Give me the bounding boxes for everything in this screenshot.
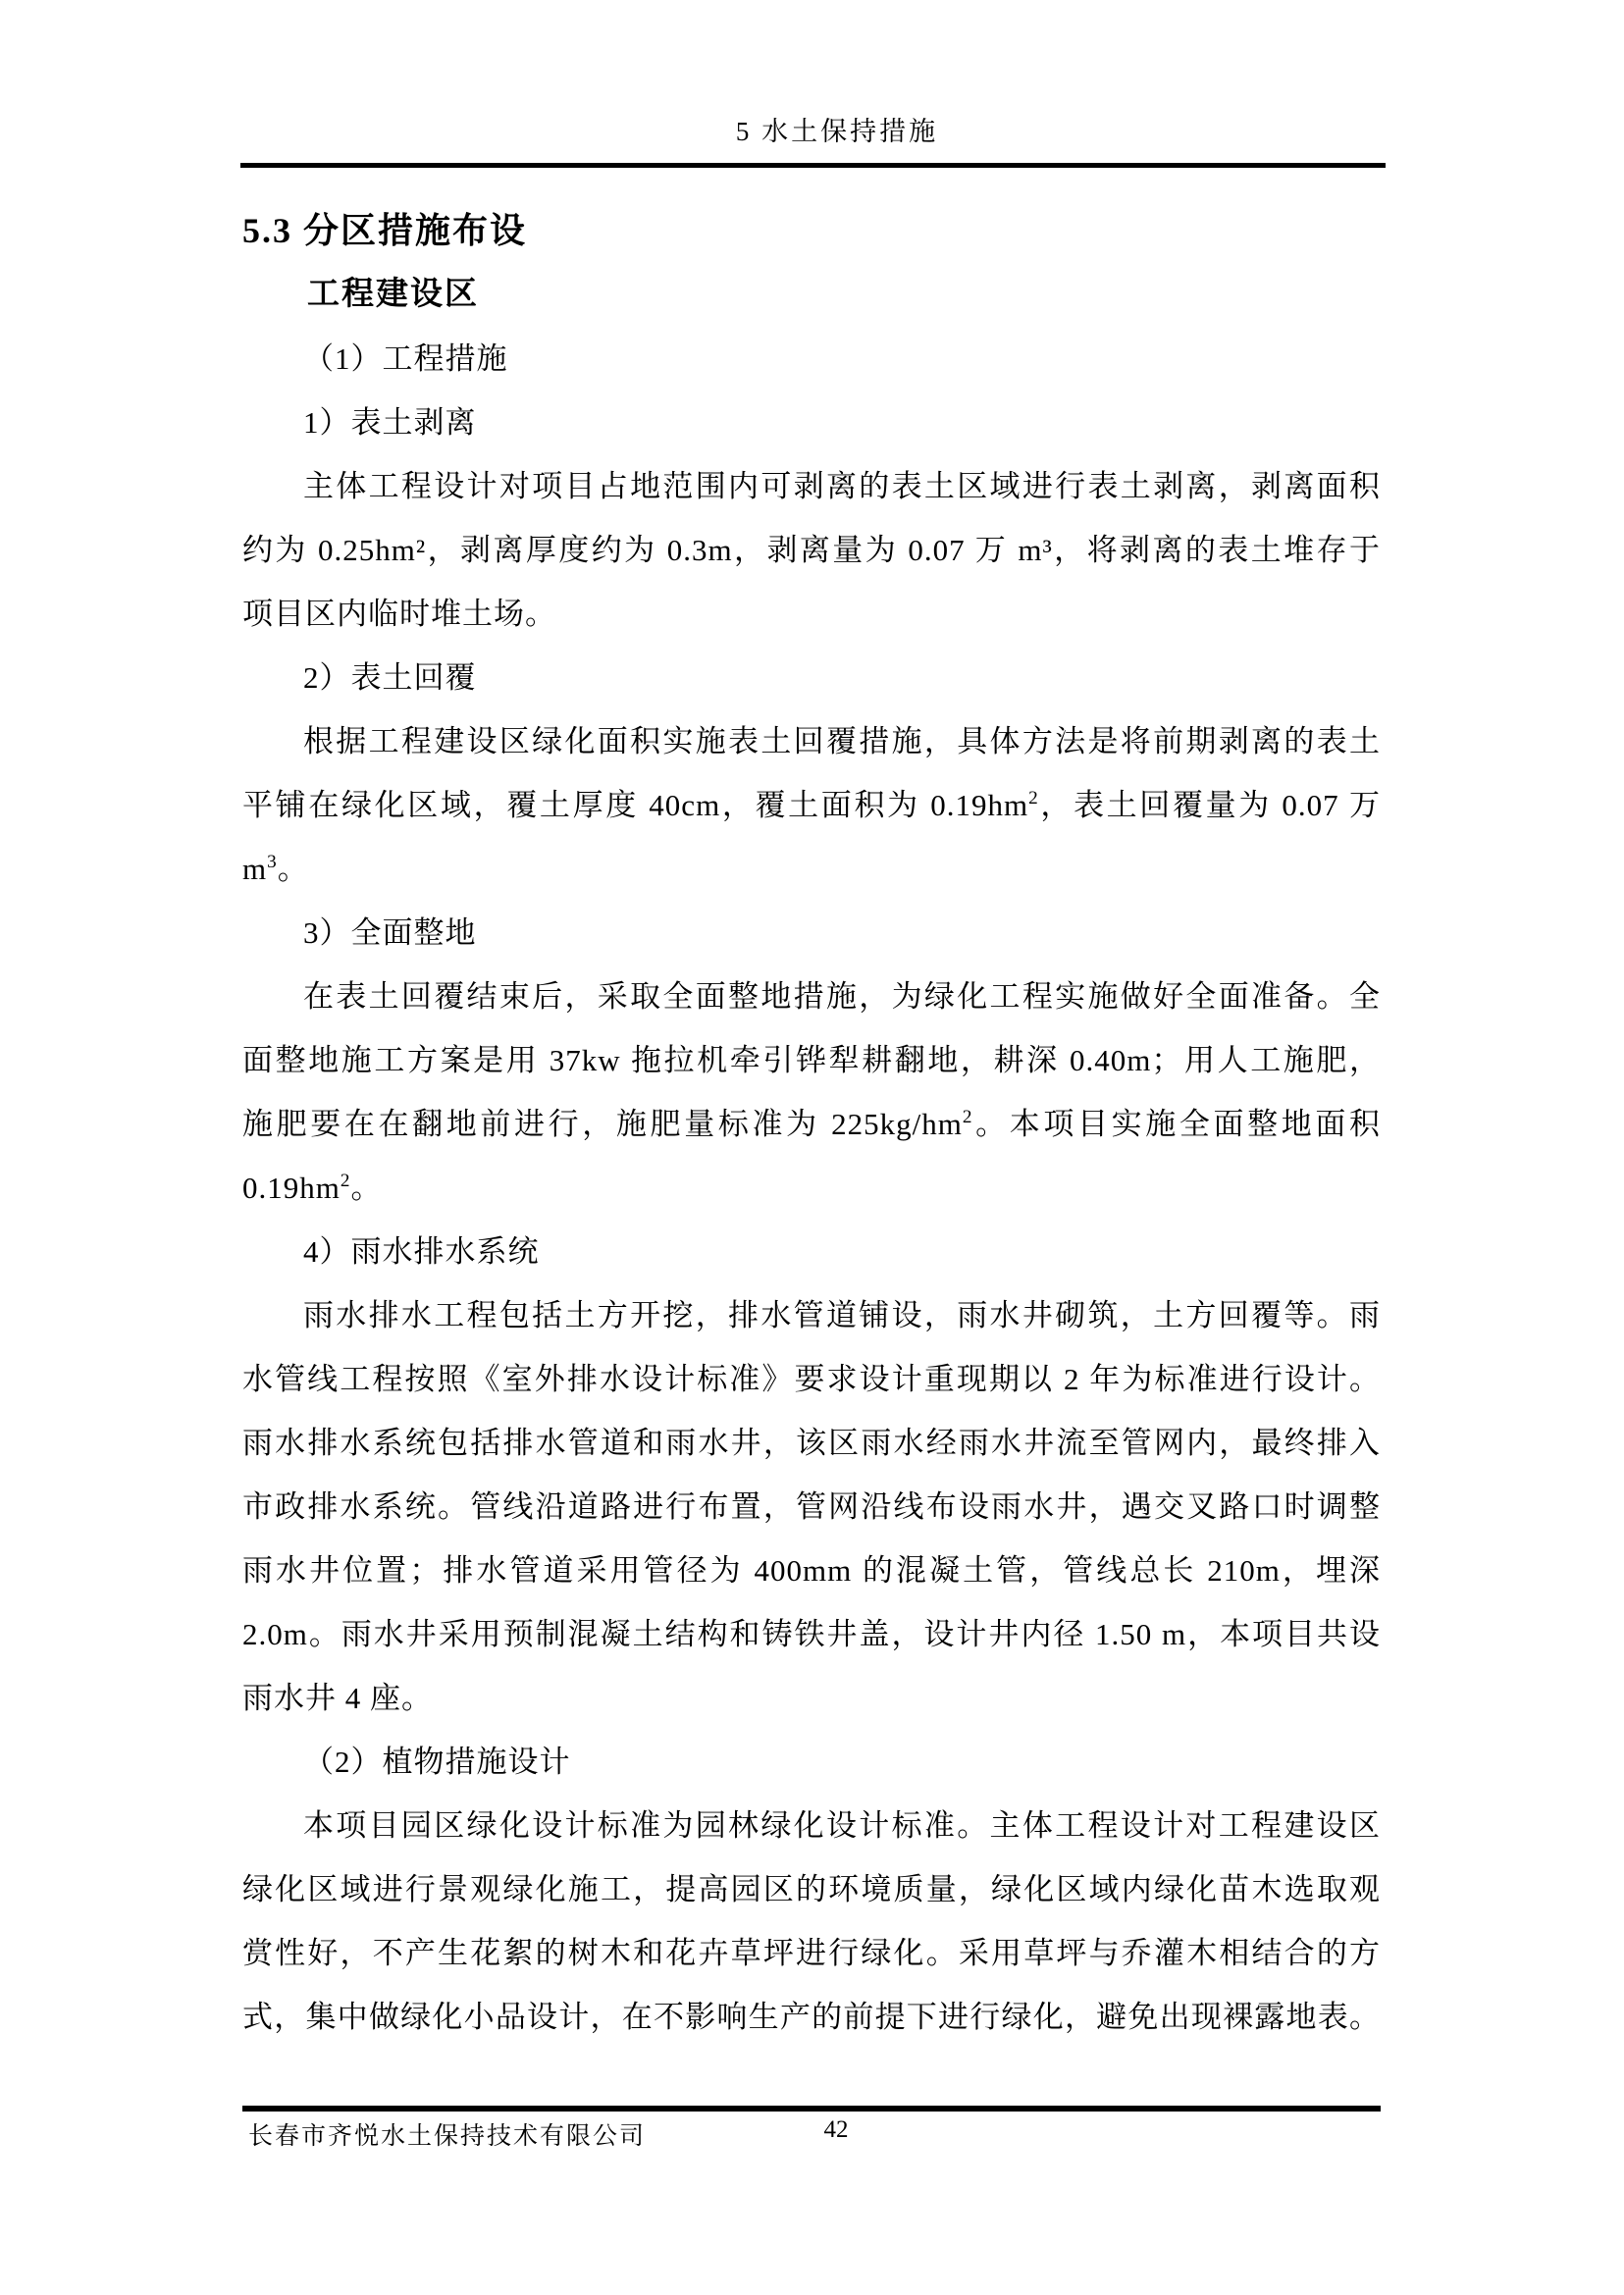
text-segment: 在表土回覆结束后，采取全面整地措施，为绿化工程实施做好全面准备。全	[303, 979, 1381, 1014]
text-line: 约为 0.25hm²，剥离厚度约为 0.3m，剥离量为 0.07 万 m³，将剥…	[242, 518, 1381, 582]
paragraph-heading: （1）工程措施	[242, 327, 1381, 391]
superscript: 2	[1028, 788, 1039, 808]
text-segment: 项目区内临时堆土场。	[242, 597, 556, 631]
text-segment: 本项目园区绿化设计标准为园林绿化设计标准。主体工程设计对工程建设区	[303, 1808, 1381, 1843]
text-segment: 0.19hm	[242, 1171, 341, 1205]
text-line: 本项目园区绿化设计标准为园林绿化设计标准。主体工程设计对工程建设区	[242, 1794, 1381, 1857]
text-segment: 。	[350, 1171, 382, 1205]
text-line: 赏性好，不产生花絮的树木和花卉草坪进行绿化。采用草坪与乔灌木相结合的方	[242, 1921, 1381, 1985]
text-segment: 雨水井位置；排水管道采用管径为 400mm 的混凝土管，管线总长 210m，埋深	[242, 1553, 1381, 1588]
text-segment: 水管线工程按照《室外排水设计标准》要求设计重现期以 2 年为标准进行设计。	[242, 1362, 1381, 1396]
text-line: 项目区内临时堆土场。	[242, 582, 1381, 646]
text-segment: 2.0m。雨水井采用预制混凝土结构和铸铁井盖，设计井内径 1.50 m，本项目共…	[242, 1617, 1381, 1651]
text-line: 施肥要在在翻地前进行，施肥量标准为 225kg/hm2。本项目实施全面整地面积	[242, 1092, 1381, 1156]
section-title: 5.3 分区措施布设	[242, 199, 1381, 263]
text-segment: 面整地施工方案是用 37kw 拖拉机牵引铧犁耕翻地，耕深 0.40m；用人工施肥…	[242, 1043, 1381, 1077]
text-line: 市政排水系统。管线沿道路进行布置，管网沿线布设雨水井，遇交叉路口时调整	[242, 1475, 1381, 1539]
text-line: 平铺在绿化区域，覆土厚度 40cm，覆土面积为 0.19hm2，表土回覆量为 0…	[242, 773, 1381, 837]
text-line: 绿化区域进行景观绿化施工，提高园区的环境质量，绿化区域内绿化苗木选取观	[242, 1857, 1381, 1921]
text-segment: 市政排水系统。管线沿道路进行布置，管网沿线布设雨水井，遇交叉路口时调整	[242, 1489, 1381, 1524]
text-segment: 雨水井 4 座。	[242, 1681, 433, 1715]
superscript: 2	[341, 1171, 351, 1191]
text-line: 主体工程设计对项目占地范围内可剥离的表土区域进行表土剥离，剥离面积	[242, 454, 1381, 518]
paragraph-heading: 4）雨水排水系统	[242, 1220, 1381, 1283]
text-segment: m	[242, 852, 267, 886]
paragraph-heading: （2）植物措施设计	[242, 1730, 1381, 1794]
text-segment: 雨水排水工程包括土方开挖，排水管道铺设，雨水井砌筑，土方回覆等。雨	[303, 1298, 1381, 1332]
superscript: 3	[267, 852, 278, 872]
text-line: 根据工程建设区绿化面积实施表土回覆措施，具体方法是将前期剥离的表土	[242, 709, 1381, 773]
text-segment: 赏性好，不产生花絮的树木和花卉草坪进行绿化。采用草坪与乔灌木相结合的方	[242, 1936, 1381, 1970]
text-segment: 约为 0.25hm²，剥离厚度约为 0.3m，剥离量为 0.07 万 m³，将剥…	[242, 533, 1381, 567]
superscript: 2	[963, 1107, 973, 1127]
text-segment: 式，集中做绿化小品设计，在不影响生产的前提下进行绿化，避免出现裸露地表。	[242, 2000, 1381, 2034]
footer-page-number: 42	[824, 2116, 849, 2144]
text-line: m3。	[242, 837, 1381, 901]
text-line: 雨水井位置；排水管道采用管径为 400mm 的混凝土管，管线总长 210m，埋深	[242, 1539, 1381, 1602]
document-page: 5 水土保持措施 5.3 分区措施布设 工程建设区 （1）工程措施1）表土剥离主…	[0, 0, 1624, 2295]
page-header-title: 5 水土保持措施	[736, 110, 938, 148]
header-divider	[240, 163, 1386, 168]
text-segment: 平铺在绿化区域，覆土厚度 40cm，覆土面积为 0.19hm	[242, 788, 1028, 822]
text-segment: 。	[278, 852, 309, 886]
text-line: 雨水排水工程包括土方开挖，排水管道铺设，雨水井砌筑，土方回覆等。雨	[242, 1283, 1381, 1347]
text-segment: 主体工程设计对项目占地范围内可剥离的表土区域进行表土剥离，剥离面积	[303, 469, 1381, 503]
text-segment: 施肥要在在翻地前进行，施肥量标准为 225kg/hm	[242, 1107, 963, 1141]
text-line: 0.19hm2。	[242, 1156, 1381, 1220]
paragraph-heading: 1）表土剥离	[242, 391, 1381, 454]
text-line: 2.0m。雨水井采用预制混凝土结构和铸铁井盖，设计井内径 1.50 m，本项目共…	[242, 1602, 1381, 1666]
text-line: 面整地施工方案是用 37kw 拖拉机牵引铧犁耕翻地，耕深 0.40m；用人工施肥…	[242, 1028, 1381, 1092]
text-line: 雨水排水系统包括排水管道和雨水井，该区雨水经雨水井流至管网内，最终排入	[242, 1411, 1381, 1475]
paragraph-heading: 2）表土回覆	[242, 646, 1381, 709]
subsection-title: 工程建设区	[242, 263, 1381, 327]
text-segment: 雨水排水系统包括排水管道和雨水井，该区雨水经雨水井流至管网内，最终排入	[242, 1426, 1381, 1460]
text-segment: ，表土回覆量为 0.07 万	[1039, 788, 1381, 822]
footer-company-name: 长春市齐悦水土保持技术有限公司	[248, 2116, 646, 2152]
paragraph-heading: 3）全面整地	[242, 901, 1381, 965]
footer-divider	[242, 2106, 1381, 2112]
document-body: 5.3 分区措施布设 工程建设区 （1）工程措施1）表土剥离主体工程设计对项目占…	[242, 199, 1381, 2049]
text-segment: 根据工程建设区绿化面积实施表土回覆措施，具体方法是将前期剥离的表土	[303, 724, 1381, 758]
text-line: 雨水井 4 座。	[242, 1666, 1381, 1730]
doc-blocks: （1）工程措施1）表土剥离主体工程设计对项目占地范围内可剥离的表土区域进行表土剥…	[242, 327, 1381, 2049]
text-line: 在表土回覆结束后，采取全面整地措施，为绿化工程实施做好全面准备。全	[242, 965, 1381, 1028]
text-line: 式，集中做绿化小品设计，在不影响生产的前提下进行绿化，避免出现裸露地表。	[242, 1985, 1381, 2049]
text-line: 水管线工程按照《室外排水设计标准》要求设计重现期以 2 年为标准进行设计。	[242, 1347, 1381, 1411]
text-segment: 绿化区域进行景观绿化施工，提高园区的环境质量，绿化区域内绿化苗木选取观	[242, 1872, 1381, 1906]
text-segment: 。本项目实施全面整地面积	[972, 1107, 1381, 1141]
